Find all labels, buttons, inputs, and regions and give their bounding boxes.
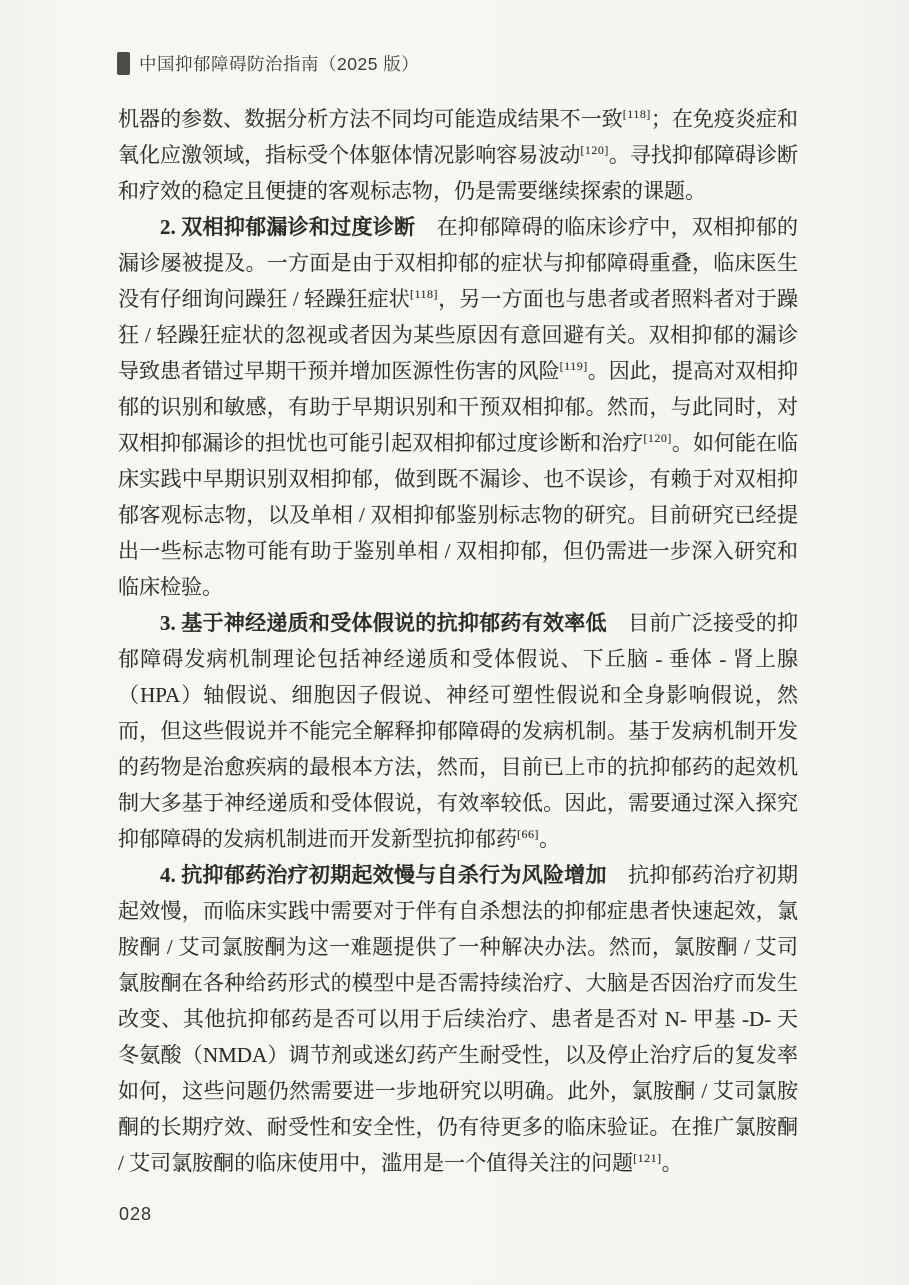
reference-superscript: [121] (633, 1151, 662, 1165)
book-spine-icon (117, 52, 130, 75)
run-in-heading: 2. 双相抑郁漏诊和过度诊断 (160, 215, 437, 239)
paragraph-text: 机器的参数、数据分析方法不同均可能造成结果不一致 (118, 107, 623, 131)
body-text: 机器的参数、数据分析方法不同均可能造成结果不一致[118]；在免疫炎症和氧化应激… (118, 101, 798, 1181)
page-number: 028 (119, 1204, 152, 1225)
paragraph: 机器的参数、数据分析方法不同均可能造成结果不一致[118]；在免疫炎症和氧化应激… (118, 101, 798, 209)
running-header: 中国抑郁障碍防治指南（2025 版） (117, 51, 419, 76)
reference-superscript: [120] (643, 431, 672, 445)
reference-superscript: [118] (623, 107, 651, 121)
book-title: 中国抑郁障碍防治指南（2025 版） (139, 51, 419, 76)
run-in-heading: 3. 基于神经递质和受体假说的抗抑郁药有效率低 (160, 611, 628, 635)
reference-superscript: [119] (560, 359, 588, 373)
reference-superscript: [118] (410, 287, 438, 301)
paragraph-text: 。如何能在临床实践中早期识别双相抑郁，做到既不漏诊、也不误诊，有赖于对双相抑郁客… (118, 431, 798, 599)
paragraph-text: 抗抑郁药治疗初期起效慢，而临床实践中需要对于伴有自杀想法的抑郁症患者快速起效，氯… (118, 863, 798, 1175)
run-in-heading: 4. 抗抑郁药治疗初期起效慢与自杀行为风险增加 (160, 863, 628, 887)
paragraph-text: 。 (662, 1151, 683, 1175)
paragraph-text: 目前广泛接受的抑郁障碍发病机制理论包括神经递质和受体假说、下丘脑 - 垂体 - … (118, 611, 798, 851)
paragraph: 3. 基于神经递质和受体假说的抗抑郁药有效率低 目前广泛接受的抑郁障碍发病机制理… (118, 605, 798, 857)
reference-superscript: [120] (580, 143, 609, 157)
paragraph: 2. 双相抑郁漏诊和过度诊断 在抑郁障碍的临床诊疗中，双相抑郁的漏诊屡被提及。一… (118, 209, 798, 605)
paragraph-text: 。 (539, 827, 560, 851)
reference-superscript: [66] (517, 827, 539, 841)
paragraph: 4. 抗抑郁药治疗初期起效慢与自杀行为风险增加 抗抑郁药治疗初期起效慢，而临床实… (118, 857, 798, 1181)
scanned-book-page: 中国抑郁障碍防治指南（2025 版） 机器的参数、数据分析方法不同均可能造成结果… (0, 0, 909, 1285)
